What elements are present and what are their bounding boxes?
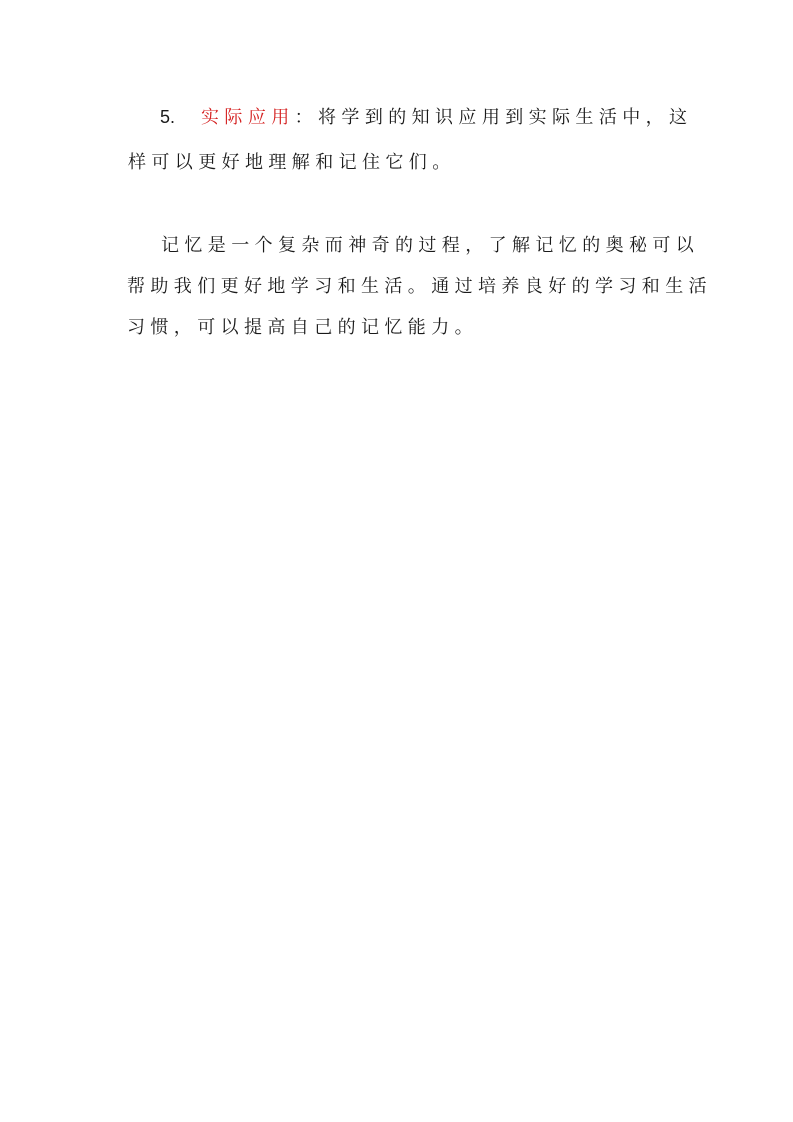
document-page: 5.实际应用：将学到的知识应用到实际生活中，这 样可以更好地理解和记住它们。 记… <box>0 0 793 1122</box>
conclusion-text-2: 帮助我们更好地学习和生活。通过培养良好的学习和生活 <box>127 276 712 297</box>
conclusion-line-3: 习惯，可以提高自己的记忆能力。 <box>127 317 478 339</box>
list-item-5-line-2: 样可以更好地理解和记住它们。 <box>128 152 456 174</box>
list-item-term: 实际应用 <box>201 107 295 128</box>
term-colon: ： <box>295 107 318 128</box>
list-item-text: 将学到的知识应用到实际生活中，这 <box>318 107 692 128</box>
conclusion-line-2: 帮助我们更好地学习和生活。通过培养良好的学习和生活 <box>127 276 712 298</box>
list-item-text-continued: 样可以更好地理解和记住它们。 <box>128 152 456 173</box>
conclusion-text-3: 习惯，可以提高自己的记忆能力。 <box>127 317 478 338</box>
conclusion-text-1: 记忆是一个复杂而神奇的过程，了解记忆的奥秘可以 <box>161 235 699 256</box>
conclusion-line-1: 记忆是一个复杂而神奇的过程，了解记忆的奥秘可以 <box>161 235 699 257</box>
list-number: 5. <box>160 107 175 127</box>
list-item-5-line-1: 5.实际应用：将学到的知识应用到实际生活中，这 <box>160 106 692 129</box>
